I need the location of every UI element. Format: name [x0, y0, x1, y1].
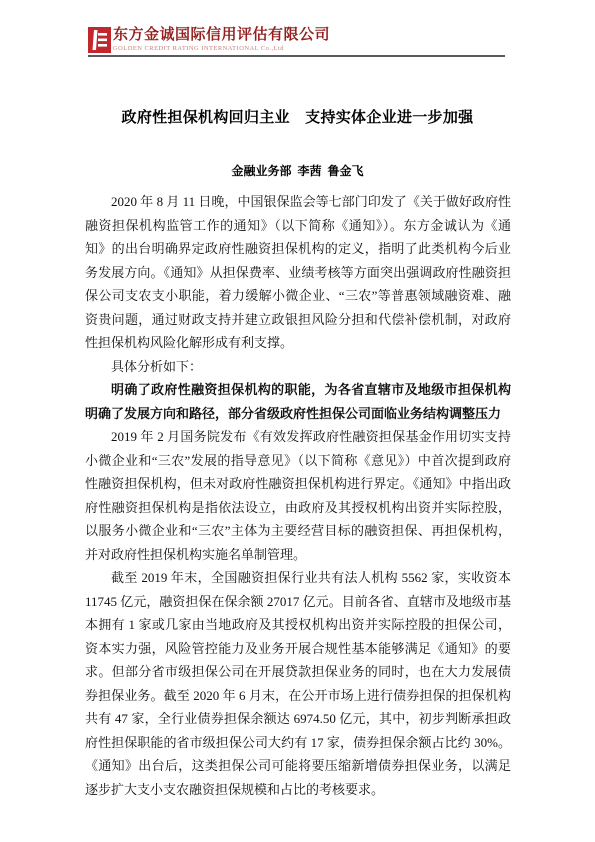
body-paragraph: 截至 2019 年末，全国融资担保行业共有法人机构 5562 家，实收资本 11… — [85, 566, 511, 801]
section-heading-paragraph: 明确了政府性融资担保机构的职能，为各省直辖市及地级市担保机构明确了发展方向和路径… — [85, 378, 511, 425]
company-name-block: 东方金诚国际信用评估有限公司 GOLDEN CREDIT RATING INTE… — [113, 27, 330, 52]
body-paragraph: 具体分析如下： — [85, 355, 511, 379]
company-logo-icon — [88, 27, 111, 53]
article-title: 政府性担保机构回归主业 支持实体企业进一步加强 — [0, 106, 595, 127]
article-body: 2020 年 8 月 11 日晚，中国银保监会等七部门印发了《关于做好政府性融资… — [85, 190, 511, 801]
company-name-chinese: 东方金诚国际信用评估有限公司 — [113, 27, 330, 43]
letterhead: 东方金诚国际信用评估有限公司 GOLDEN CREDIT RATING INTE… — [88, 27, 505, 57]
body-paragraph: 2019 年 2 月国务院发布《有效发挥政府性融资担保基金作用切实支持小微企业和… — [85, 425, 511, 566]
company-name-english: GOLDEN CREDIT RATING INTERNATIONAL Co.,L… — [113, 45, 330, 52]
header-divider-rule — [88, 55, 505, 57]
body-paragraph: 2020 年 8 月 11 日晚，中国银保监会等七部门印发了《关于做好政府性融资… — [85, 190, 511, 355]
document-page: 东方金诚国际信用评估有限公司 GOLDEN CREDIT RATING INTE… — [0, 0, 595, 842]
article-byline: 金融业务部 李茜 鲁金飞 — [0, 162, 595, 179]
company-logo: 东方金诚国际信用评估有限公司 GOLDEN CREDIT RATING INTE… — [88, 27, 505, 53]
